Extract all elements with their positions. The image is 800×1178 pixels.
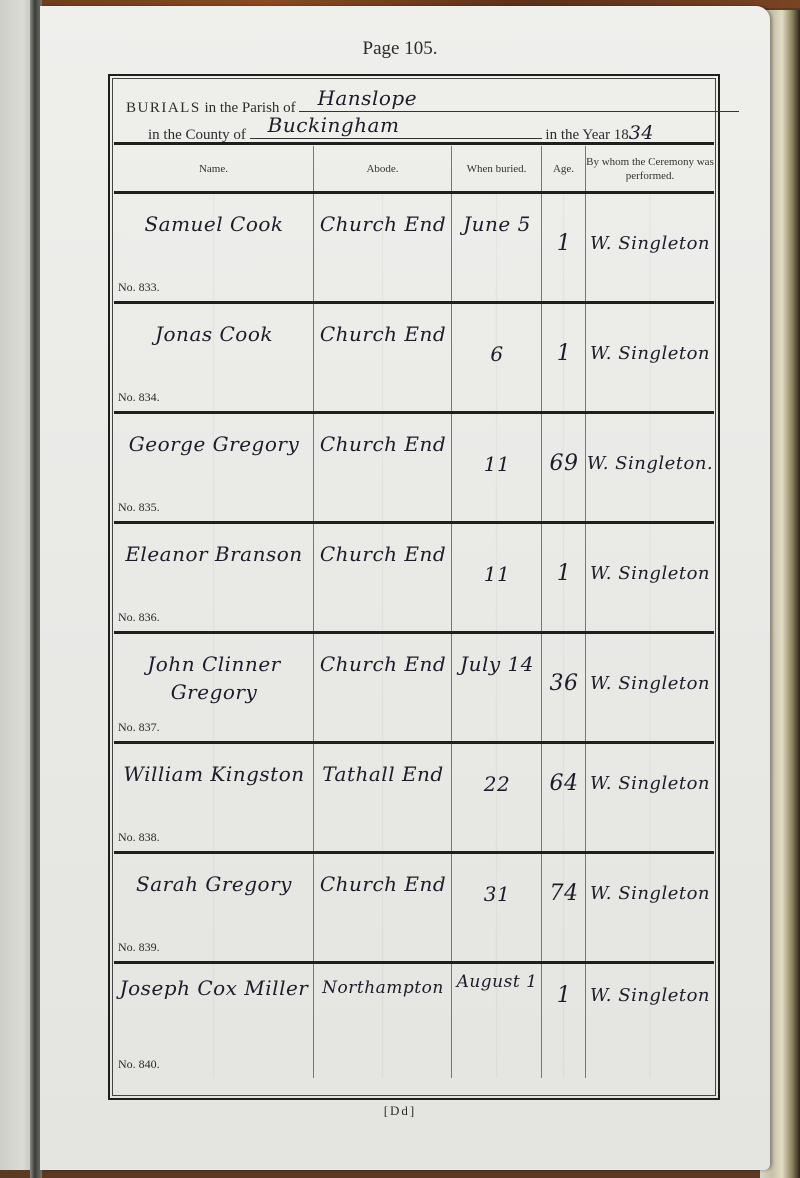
- name-value: John Clinner Gregory: [114, 650, 314, 706]
- officiant-cell: W. Singleton: [586, 194, 714, 301]
- age-cell: 1: [542, 304, 586, 411]
- abode-cell: Church End: [314, 524, 452, 631]
- abode-value: Church End: [314, 870, 452, 898]
- county-line: in the County of Buckingham in the Year …: [148, 122, 654, 144]
- name-cell: Sarah Gregory No. 839.: [114, 854, 314, 961]
- age-value: 1: [542, 560, 586, 588]
- age-cell: 74: [542, 854, 586, 961]
- parish-line: BURIALS in the Parish of Hanslope: [126, 96, 739, 117]
- table-row: George Gregory No. 835. Church End 11 69…: [114, 414, 714, 524]
- officiant-cell: W. Singleton: [586, 744, 714, 851]
- entry-number: No. 834.: [118, 390, 160, 405]
- table-row: Sarah Gregory No. 839. Church End 31 74 …: [114, 854, 714, 964]
- name-value: Eleanor Branson: [114, 540, 314, 568]
- table-row: William Kingston No. 838. Tathall End 22…: [114, 744, 714, 854]
- officiant-cell: W. Singleton: [586, 634, 714, 741]
- age-cell: 1: [542, 524, 586, 631]
- abode-value: Tathall End: [314, 760, 452, 788]
- column-header-name: Name.: [114, 146, 314, 192]
- when-buried-cell: 11: [452, 524, 542, 631]
- year-prefix: in the Year 18: [545, 127, 628, 143]
- entry-number: No. 833.: [118, 280, 160, 295]
- entry-number: No. 838.: [118, 830, 160, 845]
- entry-number: No. 835.: [118, 500, 160, 515]
- when-buried-cell: 11: [452, 414, 542, 521]
- table-row: John Clinner Gregory No. 837. Church End…: [114, 634, 714, 744]
- abode-value: Church End: [314, 320, 452, 348]
- abode-cell: Northampton: [314, 964, 452, 1078]
- year-value: 34: [629, 122, 654, 144]
- officiant-value: W. Singleton: [586, 880, 714, 908]
- name-value: Samuel Cook: [114, 210, 314, 238]
- officiant-value: W. Singleton: [586, 560, 714, 588]
- entry-number: No. 839.: [118, 940, 160, 955]
- signature-mark: [Dd]: [0, 1103, 800, 1119]
- county-field: Buckingham: [250, 123, 542, 139]
- name-value: William Kingston: [114, 760, 314, 788]
- county-prefix: in the County of: [148, 127, 246, 143]
- age-value: 1: [542, 230, 586, 258]
- officiant-value: W. Singleton: [586, 670, 714, 698]
- name-cell: Eleanor Branson No. 836.: [114, 524, 314, 631]
- burial-register-table: BURIALS in the Parish of Hanslope in the…: [108, 74, 720, 1100]
- age-value: 69: [542, 450, 586, 478]
- when-buried-value: 22: [452, 770, 542, 798]
- age-value: 1: [542, 982, 586, 1010]
- column-header-when-buried: When buried.: [452, 146, 542, 192]
- entry-number: No. 840.: [118, 1057, 160, 1072]
- when-buried-cell: August 1: [452, 964, 542, 1078]
- abode-value: Church End: [314, 430, 452, 458]
- age-value: 74: [542, 880, 586, 908]
- when-buried-value: 11: [452, 450, 542, 478]
- age-value: 1: [542, 340, 586, 368]
- entry-number: No. 836.: [118, 610, 160, 625]
- when-buried-cell: June 5: [452, 194, 542, 301]
- abode-cell: Tathall End: [314, 744, 452, 851]
- abode-cell: Church End: [314, 194, 452, 301]
- abode-cell: Church End: [314, 854, 452, 961]
- table-row: Eleanor Branson No. 836. Church End 11 1…: [114, 524, 714, 634]
- column-header-abode: Abode.: [314, 146, 452, 192]
- name-value: Joseph Cox Miller: [114, 974, 314, 1002]
- when-buried-value: 31: [452, 880, 542, 908]
- officiant-cell: W. Singleton.: [586, 414, 714, 521]
- parish-value: Hanslope: [317, 86, 417, 110]
- age-value: 36: [542, 670, 586, 698]
- table-row: Jonas Cook No. 834. Church End 6 1 W. Si…: [114, 304, 714, 414]
- abode-value: Northampton: [314, 974, 452, 1002]
- heading-divider: [114, 142, 714, 145]
- age-cell: 1: [542, 194, 586, 301]
- column-header-age: Age.: [542, 146, 586, 192]
- officiant-value: W. Singleton: [586, 982, 714, 1010]
- age-cell: 69: [542, 414, 586, 521]
- county-value: Buckingham: [268, 113, 400, 137]
- officiant-cell: W. Singleton: [586, 854, 714, 961]
- officiant-cell: W. Singleton: [586, 964, 714, 1078]
- abode-value: Church End: [314, 210, 452, 238]
- officiant-value: W. Singleton.: [586, 450, 714, 478]
- entry-number: No. 837.: [118, 720, 160, 735]
- officiant-cell: W. Singleton: [586, 304, 714, 411]
- name-cell: William Kingston No. 838.: [114, 744, 314, 851]
- name-cell: George Gregory No. 835.: [114, 414, 314, 521]
- name-cell: Joseph Cox Miller No. 840.: [114, 964, 314, 1078]
- officiant-value: W. Singleton: [586, 340, 714, 368]
- abode-cell: Church End: [314, 634, 452, 741]
- officiant-value: W. Singleton: [586, 230, 714, 258]
- abode-value: Church End: [314, 650, 452, 678]
- abode-value: Church End: [314, 540, 452, 568]
- name-value: Jonas Cook: [114, 320, 314, 348]
- abode-cell: Church End: [314, 304, 452, 411]
- officiant-cell: W. Singleton: [586, 524, 714, 631]
- burials-label: BURIALS: [126, 100, 201, 116]
- when-buried-value: 6: [452, 340, 542, 368]
- name-cell: Samuel Cook No. 833.: [114, 194, 314, 301]
- register-heading: BURIALS in the Parish of Hanslope in the…: [118, 84, 710, 146]
- when-buried-value: August 1: [452, 968, 542, 996]
- when-buried-value: July 14: [452, 650, 542, 678]
- name-value: Sarah Gregory: [114, 870, 314, 898]
- name-value: George Gregory: [114, 430, 314, 458]
- age-cell: 36: [542, 634, 586, 741]
- age-cell: 1: [542, 964, 586, 1078]
- when-buried-value: 11: [452, 560, 542, 588]
- column-headers: Name. Abode. When buried. Age. By whom t…: [114, 146, 714, 192]
- page-number: Page 105.: [0, 38, 800, 60]
- age-cell: 64: [542, 744, 586, 851]
- when-buried-cell: 31: [452, 854, 542, 961]
- parish-field: Hanslope: [299, 96, 739, 112]
- name-cell: Jonas Cook No. 834.: [114, 304, 314, 411]
- column-header-officiant: By whom the Ceremony was performed.: [586, 146, 714, 192]
- officiant-value: W. Singleton: [586, 770, 714, 798]
- entries-list: Samuel Cook No. 833. Church End June 5 1…: [114, 194, 714, 1078]
- table-row: Joseph Cox Miller No. 840. Northampton A…: [114, 964, 714, 1078]
- when-buried-cell: July 14: [452, 634, 542, 741]
- when-buried-value: June 5: [452, 210, 542, 238]
- when-buried-cell: 6: [452, 304, 542, 411]
- abode-cell: Church End: [314, 414, 452, 521]
- when-buried-cell: 22: [452, 744, 542, 851]
- name-cell: John Clinner Gregory No. 837.: [114, 634, 314, 741]
- table-row: Samuel Cook No. 833. Church End June 5 1…: [114, 194, 714, 304]
- age-value: 64: [542, 770, 586, 798]
